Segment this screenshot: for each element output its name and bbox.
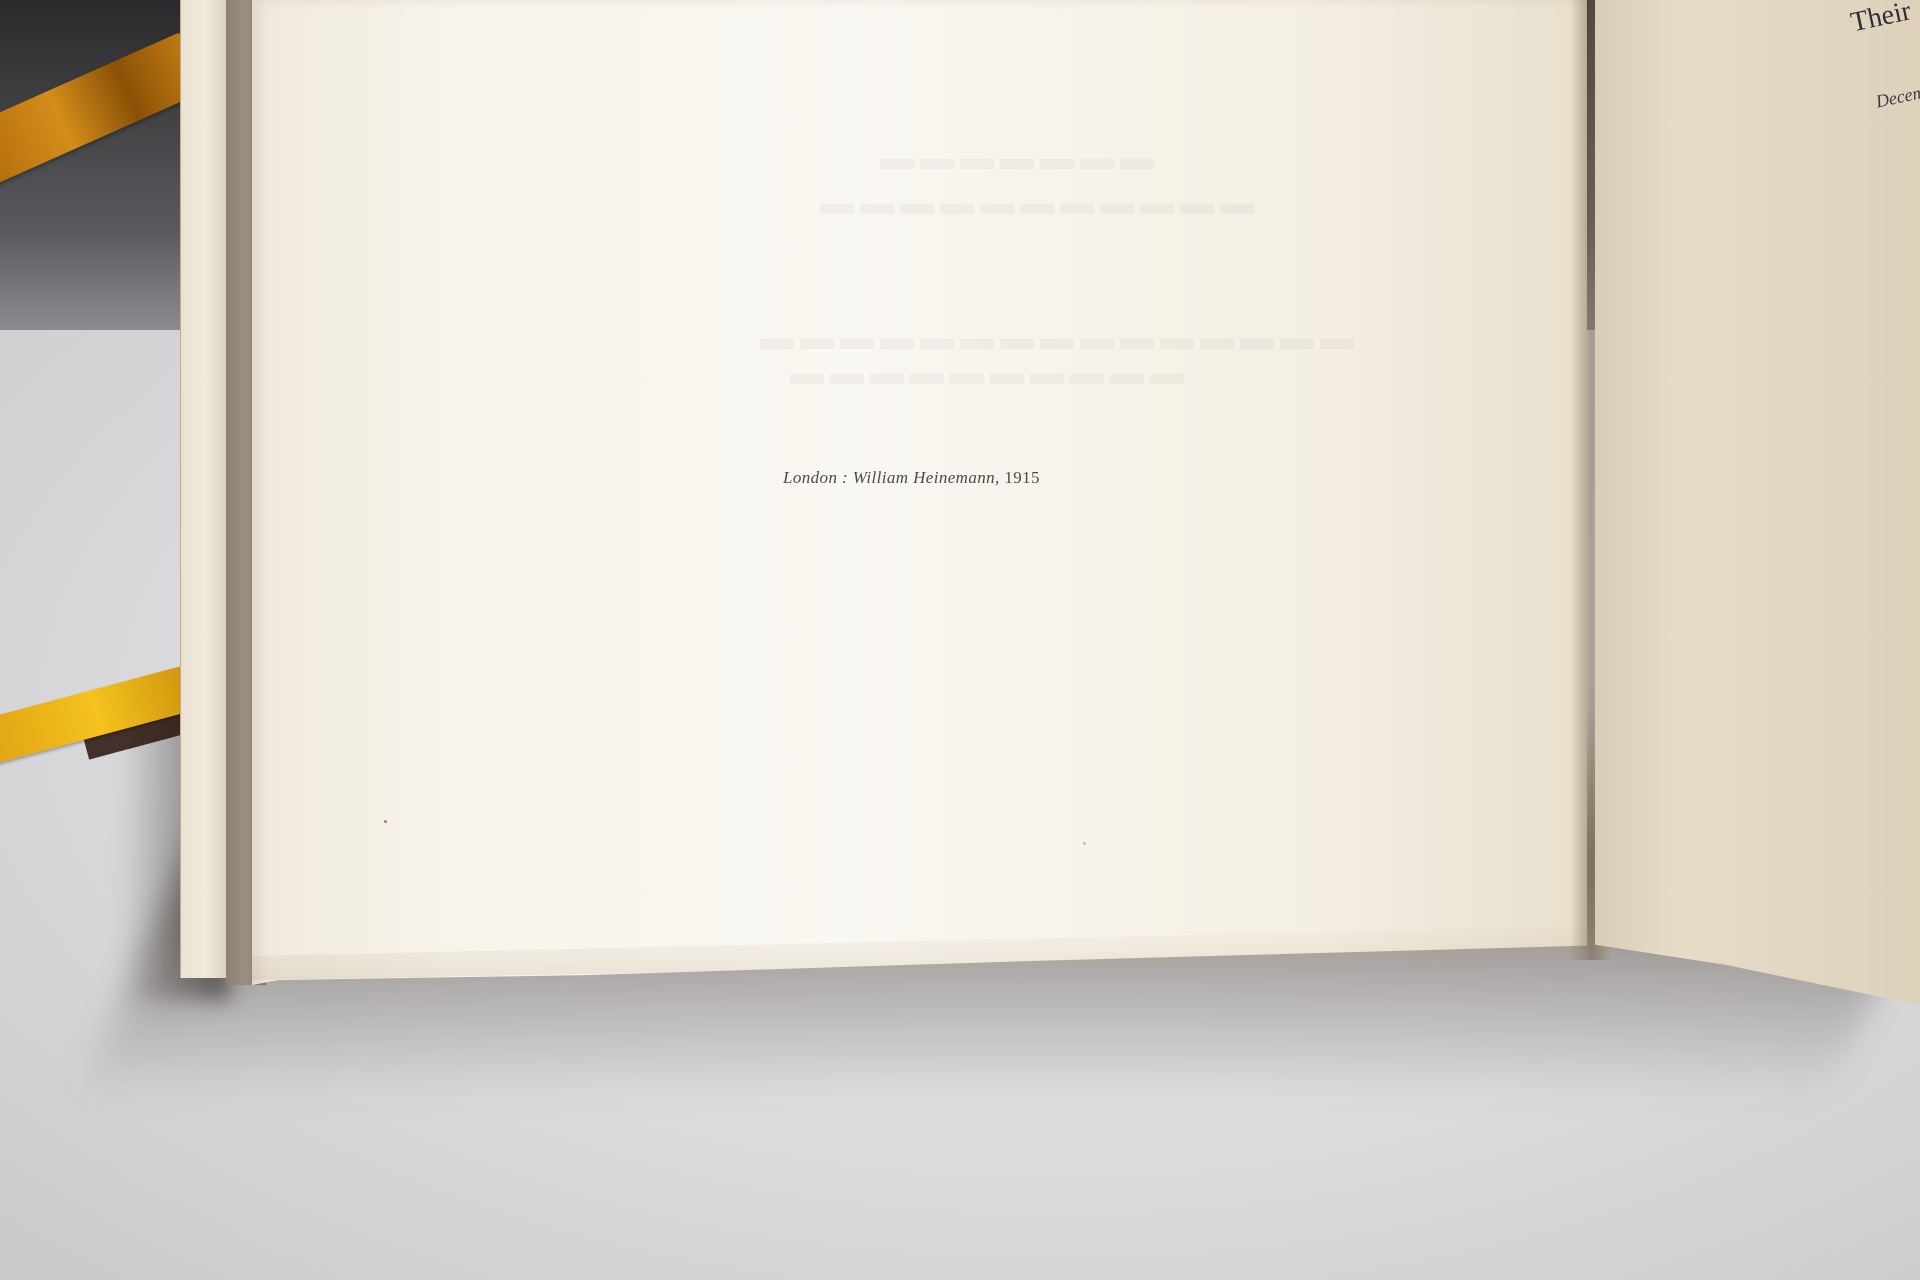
imprint-line: London : William Heinemann, 1915 <box>783 468 1063 488</box>
right-page <box>1595 0 1920 1005</box>
foxing-spot <box>384 820 387 823</box>
show-through-text: ▬▬▬▬▬▬▬▬▬▬ <box>790 355 1190 393</box>
book-photo: ▬▬▬▬▬▬▬ ▬▬▬▬▬▬▬▬▬▬▬ ▬▬▬▬▬▬▬▬▬▬▬▬▬▬▬ ▬▬▬▬… <box>0 0 1920 1280</box>
imprint-publisher: William Heinemann <box>853 468 995 487</box>
foxing-spot <box>1083 842 1086 845</box>
show-through-text: ▬▬▬▬▬▬▬▬▬▬▬▬▬▬▬ <box>760 320 1360 358</box>
cover-board-edge <box>180 0 229 978</box>
show-through-text: ▬▬▬▬▬▬▬ <box>880 140 1160 178</box>
imprint-year: 1915 <box>1004 468 1040 487</box>
ribbon-bookmark-top <box>0 32 205 188</box>
imprint-place: London <box>783 468 837 487</box>
show-through-text: ▬▬▬▬▬▬▬▬▬▬▬ <box>820 185 1260 223</box>
imprint-separator: : <box>837 468 852 487</box>
imprint-comma: , <box>995 468 1004 487</box>
